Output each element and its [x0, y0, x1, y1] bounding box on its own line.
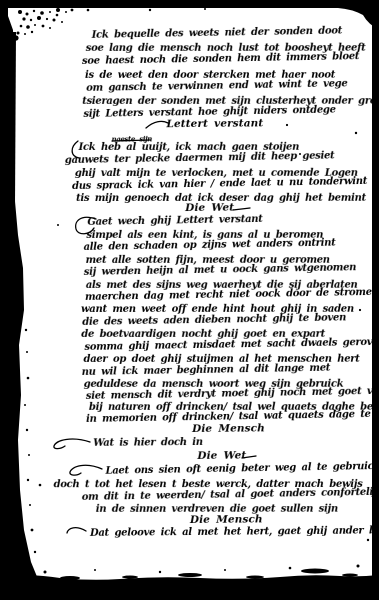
verse2-initial-swash	[72, 141, 79, 158]
die-wet-trailing-dash	[233, 208, 250, 210]
manuscript-scan-page: Ick bequelle des weets niet der sonden d…	[0, 0, 379, 600]
stray-ink-marks	[39, 124, 376, 541]
speckle-cluster-top-left	[13, 8, 206, 41]
interlinear-caret-line	[112, 140, 150, 141]
wat-line-left-swash	[54, 439, 90, 449]
verse3-initial-loop	[76, 217, 96, 233]
heading1-leading-swash	[146, 121, 168, 128]
bottom-border	[0, 584, 379, 600]
die-wet2-trailing-dash	[242, 456, 256, 458]
calligraphic-flourishes	[54, 121, 256, 533]
closing-leading-swash	[67, 528, 86, 533]
verse4-leading-swash	[70, 465, 102, 475]
left-border	[0, 0, 8, 600]
right-border	[372, 0, 379, 600]
top-border	[0, 0, 379, 8]
gutter-blob	[12, 288, 18, 300]
gutter-blob	[13, 252, 22, 272]
speckles-left-edge	[24, 329, 36, 553]
scan-border-overlay	[0, 0, 379, 600]
